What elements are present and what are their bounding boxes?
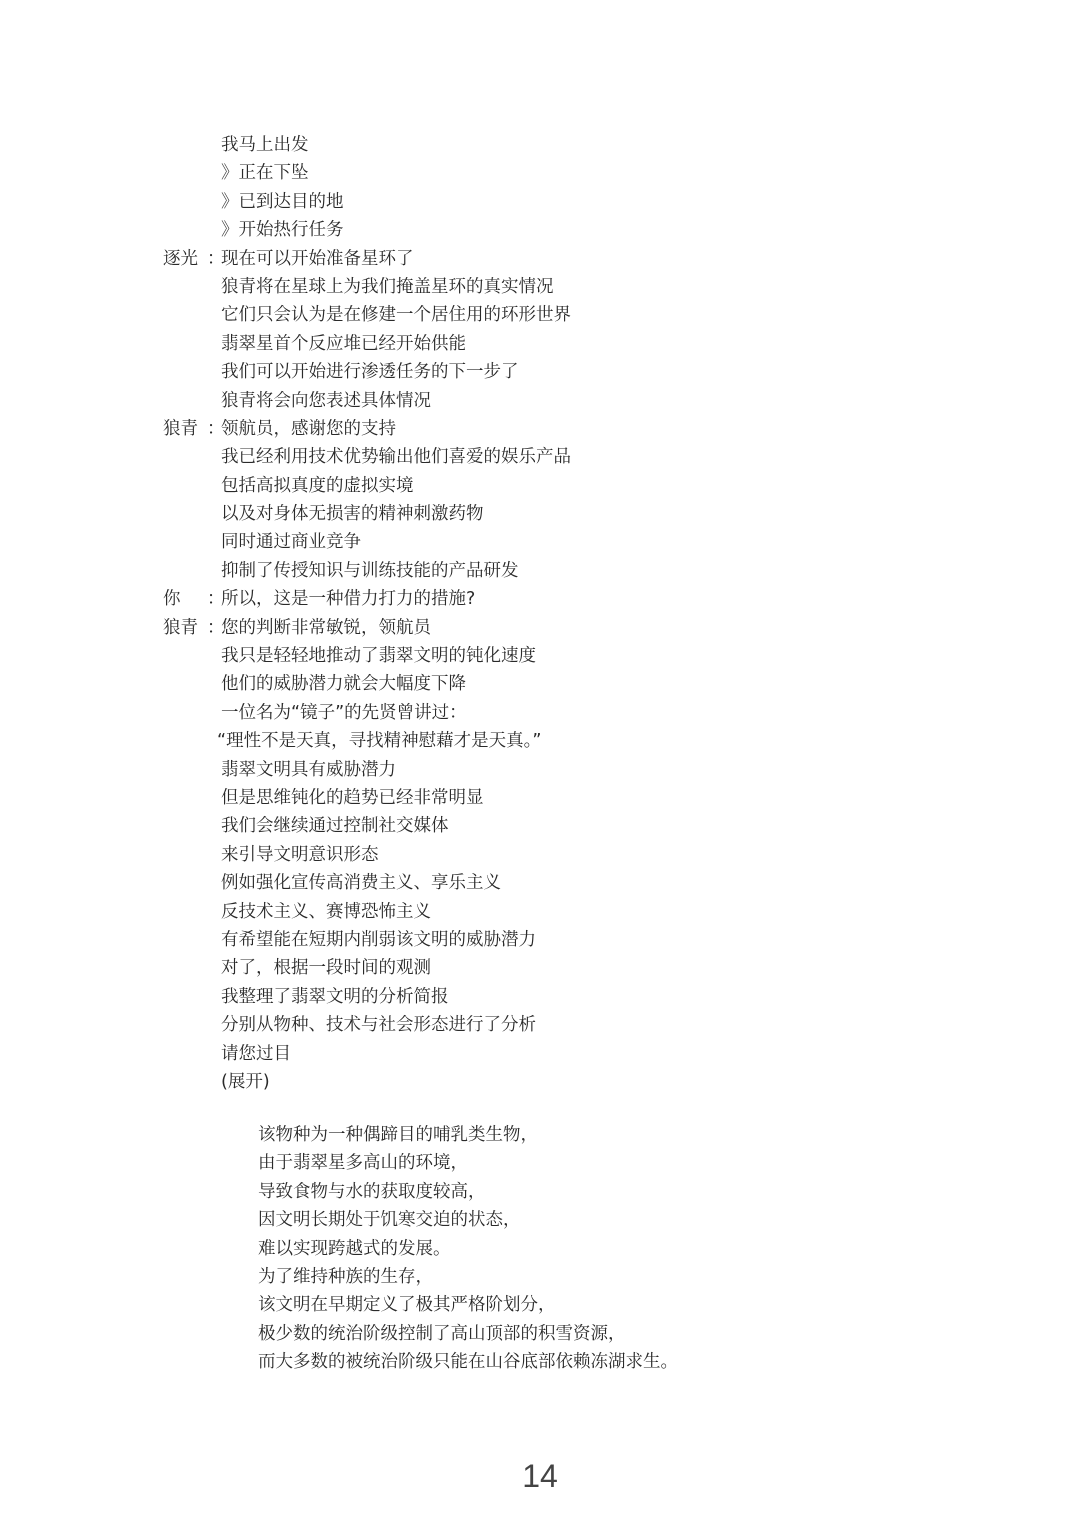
expanded-report: 该物种为一种偶蹄目的哺乳类生物， 由于翡翠星多高山的环境， 导致食物与水的获取度… (258, 1121, 858, 1377)
dialogue-text: 同时通过商业竞争 (221, 528, 863, 556)
dialogue-line: 我马上出发 (163, 131, 863, 159)
dialogue-line: 但是思维钝化的趋势已经非常明显 (163, 784, 863, 812)
dialogue-text: 他们的威胁潜力就会大幅度下降 (221, 670, 863, 698)
dialogue-script: 我马上出发 》正在下坠 》已到达目的地 》开始热行任务 逐光：现在可以开始准备星… (163, 131, 863, 1096)
report-line: 该物种为一种偶蹄目的哺乳类生物， (258, 1121, 858, 1149)
page-number: 14 (0, 1458, 1080, 1495)
dialogue-line: 我们可以开始进行渗透任务的下一步了 (163, 358, 863, 386)
dialogue-text: 以及对身体无损害的精神刺激药物 (221, 500, 863, 528)
dialogue-line: 你：所以，这是一种借力打力的措施? (163, 585, 863, 613)
dialogue-text: 例如强化宣传高消费主义、享乐主义 (221, 869, 863, 897)
dialogue-text: 我们会继续通过控制社交媒体 (221, 812, 863, 840)
dialogue-line: 包括高拟真度的虚拟实境 (163, 472, 863, 500)
expand-marker: (展开) (221, 1068, 863, 1096)
dialogue-text: 翡翠星首个反应堆已经开始供能 (221, 330, 863, 358)
speaker-label (163, 642, 221, 670)
speaker-label: 逐光： (163, 245, 221, 273)
speaker-label (163, 812, 221, 840)
dialogue-text: 狼青将在星球上为我们掩盖星环的真实情况 (221, 273, 863, 301)
speaker-label (163, 926, 221, 954)
dialogue-text: 分别从物种、技术与社会形态进行了分析 (221, 1011, 863, 1039)
dialogue-line: 》正在下坠 (163, 159, 863, 187)
dialogue-line: 我们会继续通过控制社交媒体 (163, 812, 863, 840)
speaker-label (163, 1040, 221, 1068)
dialogue-line: 狼青：您的判断非常敏锐，领航员 (163, 614, 863, 642)
dialogue-text: 我已经利用技术优势输出他们喜爱的娱乐产品 (221, 443, 863, 471)
dialogue-line: 我只是轻轻地推动了翡翠文明的钝化速度 (163, 642, 863, 670)
dialogue-text: 所以，这是一种借力打力的措施? (221, 585, 863, 613)
speaker-label (163, 216, 221, 244)
speaker-label (163, 954, 221, 982)
dialogue-line: 我已经利用技术优势输出他们喜爱的娱乐产品 (163, 443, 863, 471)
speaker-label (163, 699, 221, 727)
report-line: 而大多数的被统治阶级只能在山谷底部依赖冻湖求生。 (258, 1348, 858, 1376)
dialogue-line: 》已到达目的地 (163, 188, 863, 216)
speaker-label (163, 670, 221, 698)
dialogue-text: 有希望能在短期内削弱该文明的威胁潜力 (221, 926, 863, 954)
speaker-label (163, 159, 221, 187)
speaker-label (163, 869, 221, 897)
speaker-label: 你： (163, 585, 221, 613)
dialogue-line: 狼青：领航员，感谢您的支持 (163, 415, 863, 443)
dialogue-line: 对了，根据一段时间的观测 (163, 954, 863, 982)
dialogue-line: 来引导文明意识形态 (163, 841, 863, 869)
dialogue-text: 》已到达目的地 (221, 188, 863, 216)
speaker-label (163, 756, 221, 784)
dialogue-line: 一位名为“镜子”的先贤曾讲过： (163, 699, 863, 727)
speaker-label (163, 727, 221, 755)
speaker-label (163, 330, 221, 358)
dialogue-text: 抑制了传授知识与训练技能的产品研发 (221, 557, 863, 585)
dialogue-line: 同时通过商业竞争 (163, 528, 863, 556)
dialogue-text: 我们可以开始进行渗透任务的下一步了 (221, 358, 863, 386)
dialogue-text: 您的判断非常敏锐，领航员 (221, 614, 863, 642)
speaker-label: 狼青： (163, 415, 221, 443)
dialogue-line: 他们的威胁潜力就会大幅度下降 (163, 670, 863, 698)
dialogue-text: 它们只会认为是在修建一个居住用的环形世界 (221, 301, 863, 329)
dialogue-line: 》开始热行任务 (163, 216, 863, 244)
dialogue-text: 领航员，感谢您的支持 (221, 415, 863, 443)
dialogue-line: (展开) (163, 1068, 863, 1096)
speaker-label (163, 188, 221, 216)
quotation-text: “理性不是天真，寻找精神慰藉才是天真。” (217, 727, 863, 755)
dialogue-line: 翡翠星首个反应堆已经开始供能 (163, 330, 863, 358)
speaker-label (163, 784, 221, 812)
report-line: 极少数的统治阶级控制了高山顶部的积雪资源， (258, 1320, 858, 1348)
dialogue-line: 反技术主义、赛博恐怖主义 (163, 898, 863, 926)
dialogue-line: 狼青将会向您表述具体情况 (163, 387, 863, 415)
dialogue-line: 狼青将在星球上为我们掩盖星环的真实情况 (163, 273, 863, 301)
dialogue-text: 对了，根据一段时间的观测 (221, 954, 863, 982)
speaker-label (163, 387, 221, 415)
speaker-label (163, 301, 221, 329)
dialogue-line: 请您过目 (163, 1040, 863, 1068)
dialogue-text: 我整理了翡翠文明的分析简报 (221, 983, 863, 1011)
dialogue-text: 一位名为“镜子”的先贤曾讲过： (221, 699, 863, 727)
speaker-label (163, 841, 221, 869)
dialogue-line: 抑制了传授知识与训练技能的产品研发 (163, 557, 863, 585)
dialogue-text: 》开始热行任务 (221, 216, 863, 244)
dialogue-text: 请您过目 (221, 1040, 863, 1068)
dialogue-text: 来引导文明意识形态 (221, 841, 863, 869)
dialogue-text: 包括高拟真度的虚拟实境 (221, 472, 863, 500)
report-line: 导致食物与水的获取度较高， (258, 1178, 858, 1206)
dialogue-text: 反技术主义、赛博恐怖主义 (221, 898, 863, 926)
dialogue-line: 翡翠文明具有威胁潜力 (163, 756, 863, 784)
speaker-label (163, 500, 221, 528)
speaker-label (163, 983, 221, 1011)
speaker-label (163, 557, 221, 585)
dialogue-line: 逐光：现在可以开始准备星环了 (163, 245, 863, 273)
speaker-label (163, 1068, 221, 1096)
dialogue-text: 我只是轻轻地推动了翡翠文明的钝化速度 (221, 642, 863, 670)
speaker-label (163, 273, 221, 301)
dialogue-text: 但是思维钝化的趋势已经非常明显 (221, 784, 863, 812)
report-line: 由于翡翠星多高山的环境， (258, 1149, 858, 1177)
dialogue-line: 分别从物种、技术与社会形态进行了分析 (163, 1011, 863, 1039)
speaker-label (163, 1011, 221, 1039)
report-line: 因文明长期处于饥寒交迫的状态， (258, 1206, 858, 1234)
dialogue-line: 我整理了翡翠文明的分析简报 (163, 983, 863, 1011)
dialogue-line: 以及对身体无损害的精神刺激药物 (163, 500, 863, 528)
dialogue-line: 有希望能在短期内削弱该文明的威胁潜力 (163, 926, 863, 954)
speaker-label (163, 358, 221, 386)
speaker-label (163, 528, 221, 556)
dialogue-line: 它们只会认为是在修建一个居住用的环形世界 (163, 301, 863, 329)
speaker-label (163, 472, 221, 500)
dialogue-text: 》正在下坠 (221, 159, 863, 187)
speaker-label: 狼青： (163, 614, 221, 642)
report-line: 为了维持种族的生存， (258, 1263, 858, 1291)
document-page: 我马上出发 》正在下坠 》已到达目的地 》开始热行任务 逐光：现在可以开始准备星… (0, 0, 1080, 1527)
dialogue-text: 我马上出发 (221, 131, 863, 159)
dialogue-text: 现在可以开始准备星环了 (221, 245, 863, 273)
speaker-label (163, 898, 221, 926)
report-line: 难以实现跨越式的发展。 (258, 1235, 858, 1263)
dialogue-line: “理性不是天真，寻找精神慰藉才是天真。” (163, 727, 863, 755)
dialogue-text: 翡翠文明具有威胁潜力 (221, 756, 863, 784)
speaker-label (163, 131, 221, 159)
report-line: 该文明在早期定义了极其严格阶划分， (258, 1291, 858, 1319)
speaker-label (163, 443, 221, 471)
dialogue-text: 狼青将会向您表述具体情况 (221, 387, 863, 415)
dialogue-line: 例如强化宣传高消费主义、享乐主义 (163, 869, 863, 897)
